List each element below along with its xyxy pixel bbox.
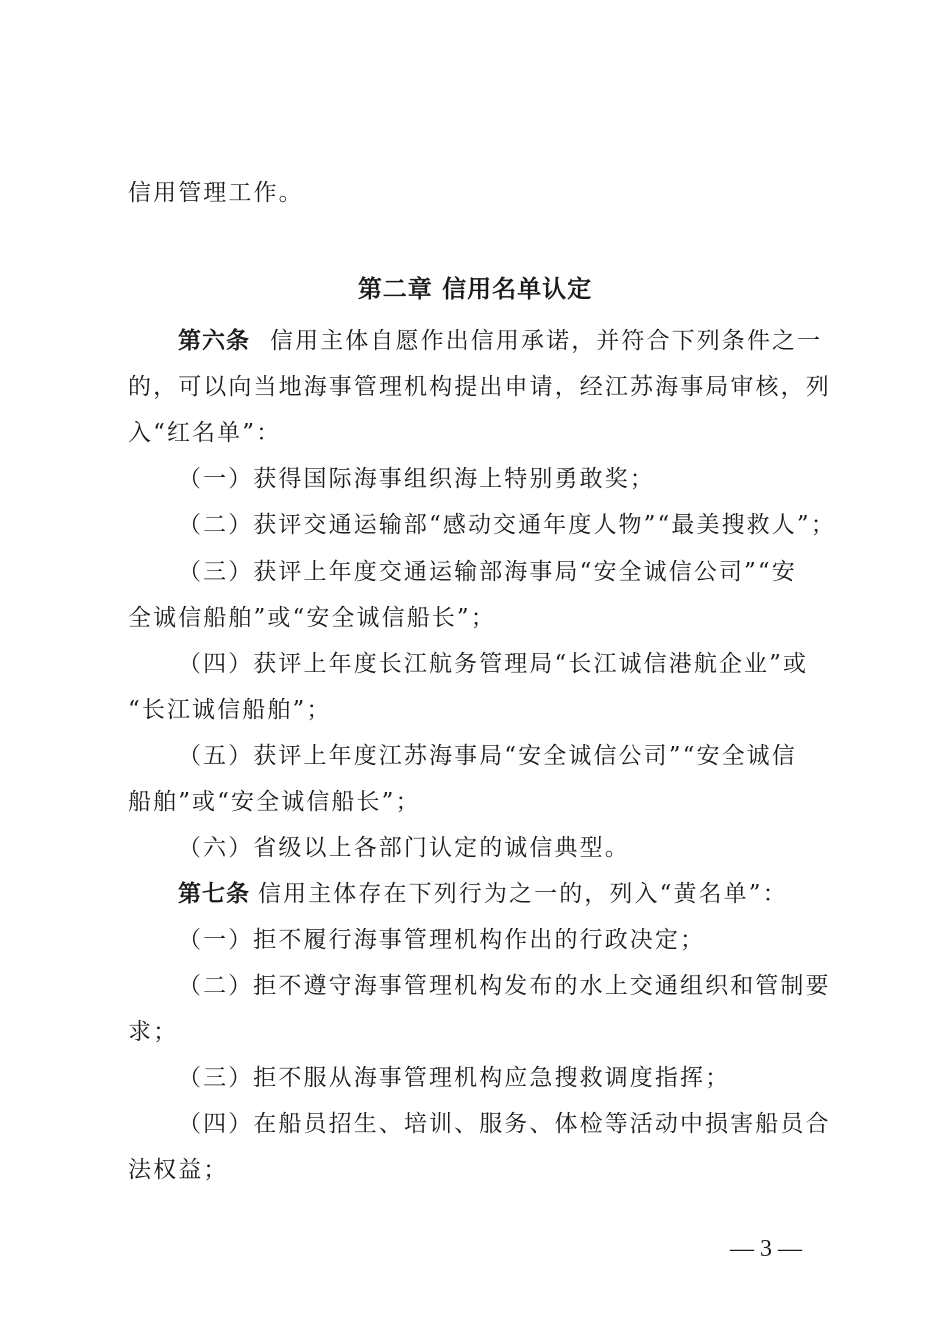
- yellow-list-item-3: （三）拒不服从海事管理机构应急搜救调度指挥；: [178, 1063, 730, 1093]
- article-6-text: 信用主体自愿作出信用承诺，并符合下列条件之一: [270, 328, 822, 354]
- article-7-text: 信用主体存在下列行为之一的，列入“黄名单”：: [258, 881, 788, 907]
- yellow-list-item-2: （二）拒不遵守海事管理机构发布的水上交通组织和管制要: [178, 971, 831, 1001]
- page-number: — 3 —: [730, 1236, 802, 1263]
- red-list-item-2: （二）获评交通运输部“感动交通年度人物”“最美搜救人”；: [178, 510, 836, 540]
- red-list-item-1: （一）获得国际海事组织海上特别勇敢奖；: [178, 464, 655, 494]
- article-7-line: 第七条信用主体存在下列行为之一的，列入“黄名单”：: [178, 879, 788, 909]
- paragraph-line: 信用管理工作。: [128, 178, 304, 208]
- red-list-item-3-cont: 全诚信船舶”或“安全诚信船长”；: [128, 603, 496, 633]
- red-list-item-4: （四）获评上年度长江航务管理局“长江诚信港航企业”或: [178, 649, 808, 679]
- red-list-item-5: （五）获评上年度江苏海事局“安全诚信公司”“安全诚信: [178, 741, 797, 771]
- article-6-label: 第六条: [178, 328, 250, 354]
- paragraph-line: 入“红名单”：: [128, 418, 281, 448]
- red-list-item-6: （六）省级以上各部门认定的诚信典型。: [178, 833, 630, 863]
- article-6-first-line: 第六条信用主体自愿作出信用承诺，并符合下列条件之一: [178, 326, 822, 356]
- yellow-list-item-4-cont: 法权益；: [128, 1155, 228, 1185]
- article-7-label: 第七条: [178, 881, 250, 907]
- paragraph-line: 的，可以向当地海事管理机构提出申请，经江苏海事局审核，列: [128, 372, 831, 402]
- yellow-list-item-1: （一）拒不履行海事管理机构作出的行政决定；: [178, 925, 705, 955]
- yellow-list-item-2-cont: 求；: [128, 1017, 178, 1047]
- chapter-title: 第二章 信用名单认定: [0, 274, 950, 304]
- red-list-item-5-cont: 船舶”或“安全诚信船长”；: [128, 787, 421, 817]
- red-list-item-3: （三）获评上年度交通运输部海事局“安全诚信公司”“安: [178, 557, 797, 587]
- red-list-item-4-cont: “长江诚信船舶”；: [128, 695, 331, 725]
- yellow-list-item-4: （四）在船员招生、培训、服务、体检等活动中损害船员合: [178, 1109, 831, 1139]
